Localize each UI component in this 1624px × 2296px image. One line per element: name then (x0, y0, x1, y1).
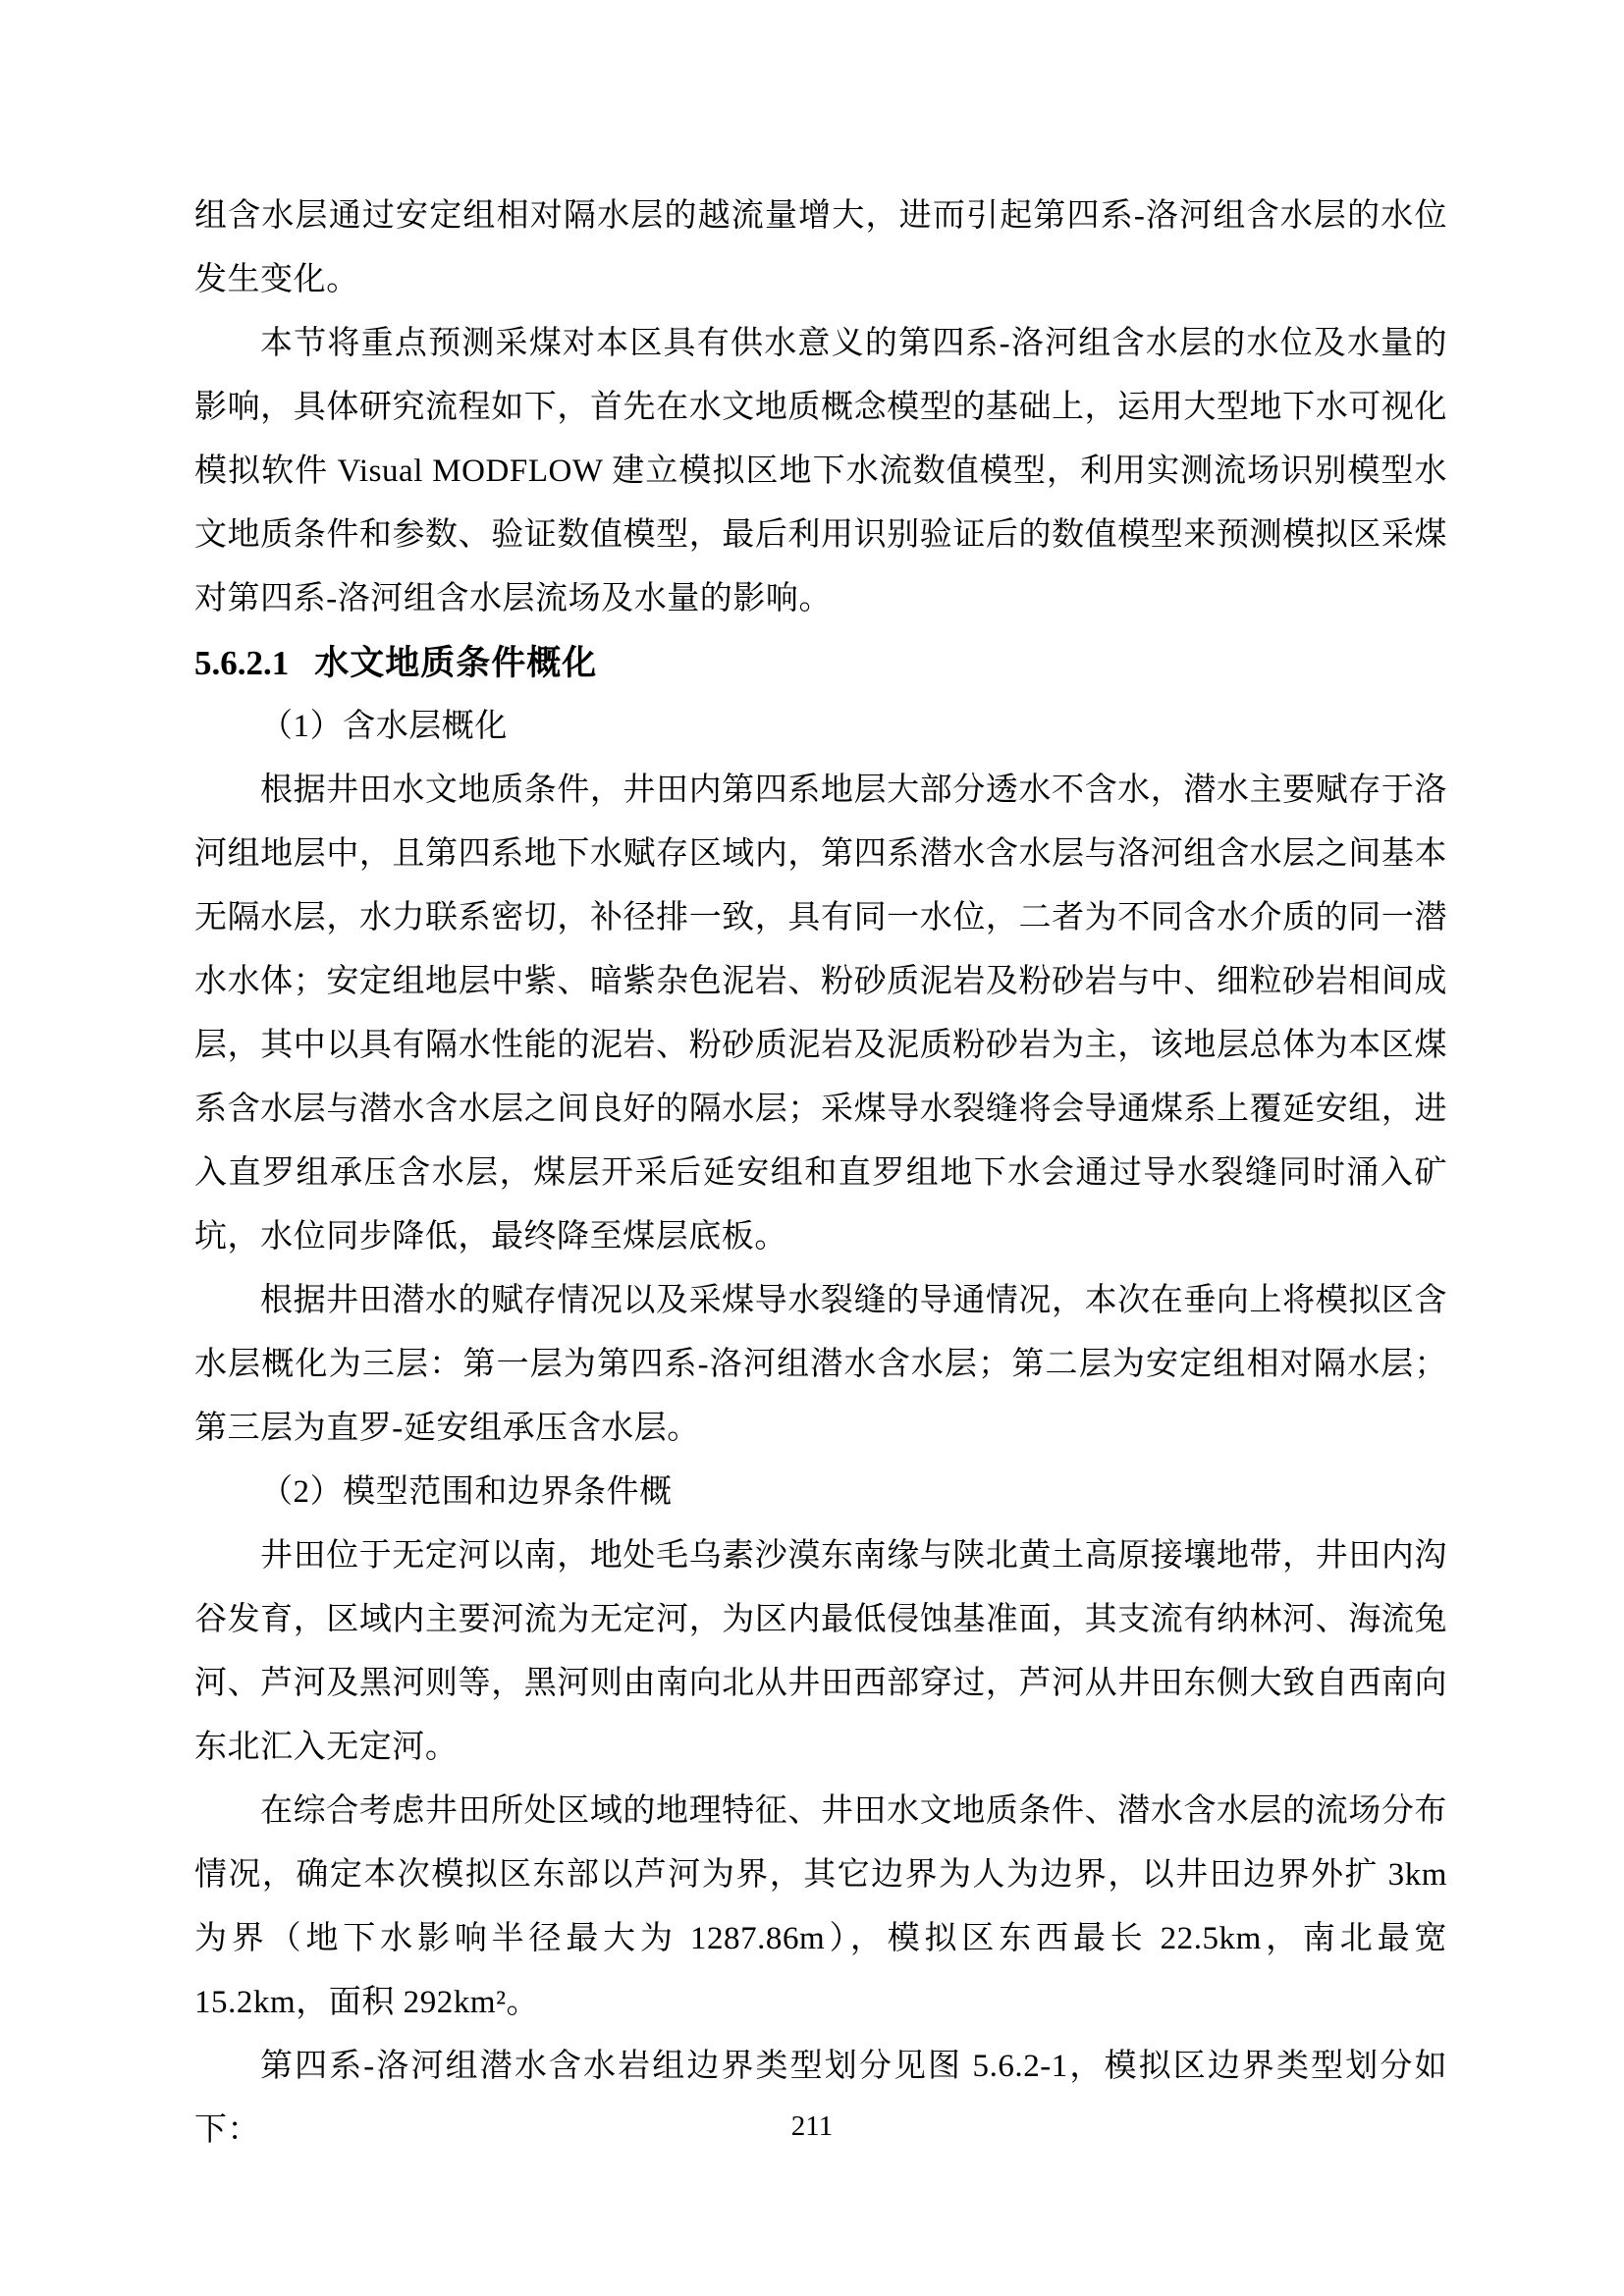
subitem-2-title: （2）模型范围和边界条件概 (194, 1461, 1447, 1524)
section-heading-title: 水文地质条件概化 (314, 644, 597, 682)
paragraph-overflow-intro: 组含水层通过安定组相对隔水层的越流量增大，进而引起第四系-洛河组含水层的水位发生… (194, 185, 1447, 312)
document-body: 组含水层通过安定组相对隔水层的越流量增大，进而引起第四系-洛河组含水层的水位发生… (194, 185, 1447, 2163)
paragraph-aquifer-generalization: 根据井田水文地质条件，井田内第四系地层大部分透水不含水，潜水主要赋存于洛河组地层… (194, 759, 1447, 1269)
paragraph-boundary-types: 第四系-洛河组潜水含水岩组边界类型划分见图 5.6.2-1，模拟区边界类型划分如… (194, 2035, 1447, 2163)
paragraph-three-layers: 根据井田潜水的赋存情况以及采煤导水裂缝的导通情况，本次在垂向上将模拟区含水层概化… (194, 1269, 1447, 1461)
paragraph-section-overview: 本节将重点预测采煤对本区具有供水意义的第四系-洛河组含水层的水位及水量的影响，具… (194, 312, 1447, 631)
section-heading-number: 5.6.2.1 (194, 644, 289, 682)
document-page: 组含水层通过安定组相对隔水层的越流量增大，进而引起第四系-洛河组含水层的水位发生… (0, 0, 1624, 2296)
section-heading: 5.6.2.1水文地质条件概化 (194, 631, 1447, 695)
subitem-1-title: （1）含水层概化 (194, 695, 1447, 759)
paragraph-model-extent: 在综合考虑井田所处区域的地理特征、井田水文地质条件、潜水含水层的流场分布情况，确… (194, 1780, 1447, 2035)
paragraph-geography: 井田位于无定河以南，地处毛乌素沙漠东南缘与陕北黄土高原接壤地带，井田内沟谷发育，… (194, 1524, 1447, 1780)
page-number: 211 (0, 2109, 1624, 2143)
